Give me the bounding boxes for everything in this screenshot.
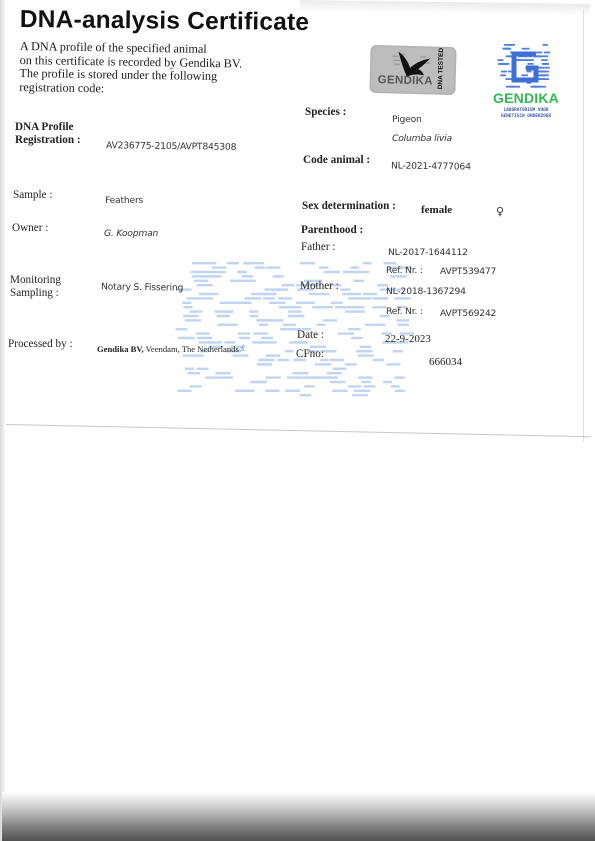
scan-bottom-shadow [2,792,595,841]
owner-label: Owner : [12,222,48,234]
father-value: NL-2017-1644112 [388,247,468,258]
species-common: Pigeon [392,114,422,125]
father-label: Father : [301,241,336,253]
processed-company: Gendika BV, [97,344,144,354]
pen-mark-icon: ʎ [240,343,248,353]
mother-ref-value: AVPT569242 [440,308,496,319]
processed-label: Processed by : [8,338,73,350]
species-label: Species : [305,106,346,118]
cfno-label: CFno: [296,348,324,360]
intro-text: A DNA profile of the specified animal on… [19,40,300,98]
scan-left-edge [0,0,6,841]
sticker-label: DNA TESTED [437,51,445,89]
dna-g-logo-icon [496,44,554,90]
registration-value: AV236775-2105/AVPT845308 [106,140,236,153]
monitoring-value: Notary S. Fissering [101,281,183,293]
mother-ref-label: Ref. Nr. : [386,306,423,317]
sample-label: Sample : [13,189,52,201]
cfno-value: 666034 [429,356,462,368]
sex-value: female [421,204,452,216]
gendika-logo: GENDIKA LABORATORIUM VOOR GENETISCH ONDE… [488,44,564,128]
logo-tagline-line: GENETISCH ONDERZOEK [488,114,564,120]
processed-value: Gendika BV, Veendam, The Netherlands [97,344,239,354]
mother-label: Mother : [300,280,339,292]
processed-location: Veendam, The Netherlands [144,344,239,354]
parenthood-label: Parenthood : [301,224,363,236]
page-title: DNA-analysis Certificate [20,6,310,37]
certificate-bottom-edge [6,424,591,437]
mother-value: NL-2018-1367294 [386,286,466,297]
sticker-brand: GENDIKA [378,74,433,87]
logo-brand: GENDIKA [488,90,564,106]
owner-value: G. Koopman [104,228,158,239]
father-ref-value: AVPT539477 [440,266,496,277]
sample-value: Feathers [105,195,143,206]
father-ref-label: Ref. Nr. : [386,265,423,276]
monitoring-label: Monitoring [10,274,61,286]
date-value: 22-9-2023 [385,333,431,345]
female-symbol-icon: ♀ [496,205,504,218]
code-animal-value: NL-2021-4777064 [391,160,471,172]
date-label: Date : [297,329,324,341]
scan-top-edge [300,0,590,16]
monitoring-label: Sampling : [10,287,59,299]
logo-tagline: LABORATORIUM VOOR GENETISCH ONDERZOEK [488,108,564,119]
registration-label: Registration : [15,134,81,146]
species-latin: Columba livia [392,133,452,144]
certificate-right-edge [583,10,584,442]
code-animal-label: Code animal : [303,154,370,166]
dna-tested-sticker: GENDIKA DNA TESTED [369,45,456,95]
sex-label: Sex determination : [302,200,396,212]
registration-label: DNA Profile [15,121,74,133]
dna-watermark-icon [175,262,415,397]
